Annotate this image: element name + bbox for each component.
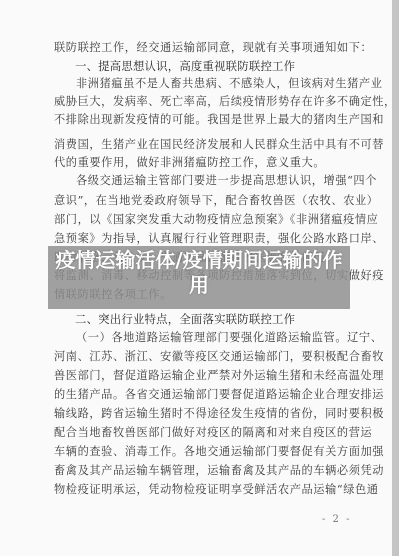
text-line: （一）各地道路运输管理部门要强化道路运输监管。辽宁、 [76, 331, 349, 345]
text-line: 配合当地畜牧兽医部门做好对疫区的隔离和对来自疫区的营运 [54, 426, 349, 440]
text-line: 意识”，在当地党委政府领导下，配合畜牧兽医（农牧、农业） [54, 194, 349, 208]
text-line: 的生猪产品。各省交通运输部门要督促道路运输企业合理安排运 [54, 388, 349, 402]
page-edge-shadow [392, 0, 399, 556]
text-line: 联防联控工作，经交通运输部同意，现就有关事项通知如下： [54, 41, 349, 55]
text-line: 非洲猪瘟虽不是人畜共患病、不感染人，但该病对生猪产业 [76, 77, 349, 91]
text-line: 河南、江苏、浙江、安徽等疫区交通运输部门，要积极配合畜牧 [54, 350, 349, 364]
text-line: 输线路，跨省运输生猪时不得途径发生疫情的省份，同时要积极 [54, 407, 349, 421]
text-line: 消费国，生猪产业在国民经济发展和人民群众生活中具有不可替 [54, 138, 349, 152]
text-line: 代的重要作用，做好非洲猪瘟防控工作，意义重大。 [54, 156, 349, 170]
text-line: 威胁巨大，发病率、死亡率高，后续疫情形势存在许多不确定性， [54, 95, 349, 109]
text-line: 兽医部门，督促道路运输企业严禁对外运输生猪和未经高温处理 [54, 369, 349, 383]
section-heading-2: 二、突出行业特点，全面落实联防联控工作 [75, 312, 295, 326]
overlay-title: 疫情运输活体/疫情期间运输的作用 [48, 248, 350, 298]
page-number: - 2 - [322, 514, 351, 525]
text-line: 物检疫证明承运，凭动物检疫证明享受鲜活农产品运输“绿色通 [54, 483, 349, 497]
section-heading-1: 一、提高思想认识，高度重视联防联控工作 [75, 59, 295, 73]
text-line: 部门，以《国家突发重大动物疫情应急预案》《非洲猪瘟疫情应 [54, 213, 349, 227]
text-line: 不排除出现新发疫情的可能。我国是世界上最大的猪肉生产国和 [54, 113, 349, 127]
text-line: 急预案》为指导，认真履行行业管理职责，强化公路水路口岸、 [54, 232, 349, 246]
text-line: 畜禽及其产品运输车辆管理，运输畜禽及其产品的车辆必须凭动 [54, 464, 349, 478]
text-line: 各级交通运输主管部门要进一步提高思想认识，增强“四个 [76, 174, 349, 188]
text-line: 车辆的查验、消毒工作。各地交通运输部门要督促有关方面加强 [54, 445, 349, 459]
